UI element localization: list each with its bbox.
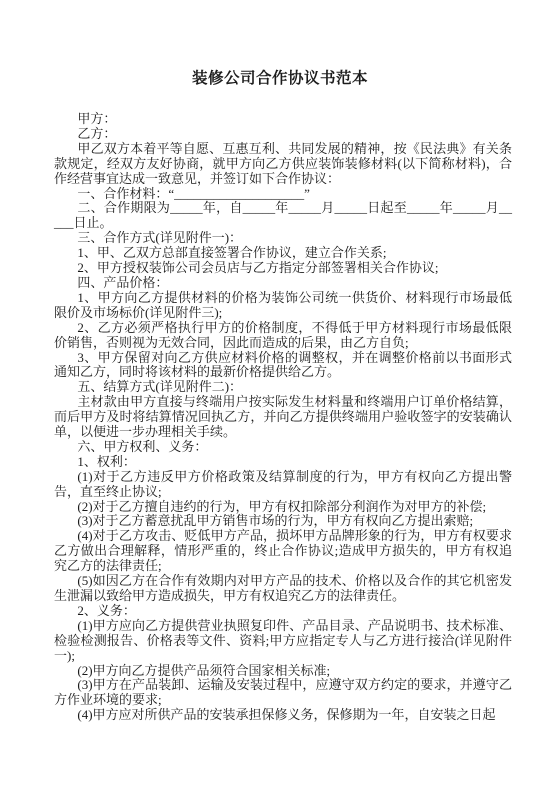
document-paragraph: 六、甲方权利、义务： (54, 440, 512, 455)
document-paragraph: (3)对于乙方蓄意扰乱甲方销售市场的行为，甲方有权向乙方提出索赔; (54, 514, 512, 529)
document-paragraph: 2、甲方授权装饰公司会员店与乙方指定分部签署相关合作协议; (54, 261, 512, 276)
document-paragraph: (1)对于乙方违反甲方价格政策及结算制度的行为，甲方有权向乙方提出警告，直至终止… (54, 470, 512, 500)
document-paragraph: (4)甲方应对所供产品的安装承担保修义务，保修期为一年，自安装之日起 (54, 708, 512, 723)
document-paragraph: (1)甲方应向乙方提供营业执照复印件、产品目录、产品说明书、技术标准、检验检测报… (54, 619, 512, 664)
document-paragraph: 3、甲方保留对向乙方供应材料价格的调整权，并在调整价格前以书面形式通知乙方，同时… (54, 351, 512, 381)
document-paragraph: (2)甲方向乙方提供产品须符合国家相关标准; (54, 664, 512, 679)
document-paragraph: 甲方： (54, 112, 512, 127)
document-title: 装修公司合作协议书范本 (0, 0, 560, 88)
document-paragraph: 五、结算方式(详见附件二)： (54, 380, 512, 395)
document-paragraph: 四、产品价格： (54, 276, 512, 291)
document-paragraph: 乙方： (54, 127, 512, 142)
document-paragraph: 主材款由甲方直接与终端用户按实际发生材料量和终端用户订单价格结算，而后甲方及时将… (54, 395, 512, 440)
document-paragraph: 1、甲、乙双方总部直接签署合作协议，建立合作关系; (54, 246, 512, 261)
document-paragraph: 2、乙方必须严格执行甲方的价格制度，不得低于甲方材料现行市场最低限价销售，否则视… (54, 321, 512, 351)
document-paragraph: (2)对于乙方擅自违约的行为，甲方有权扣除部分利润作为对甲方的补偿; (54, 500, 512, 515)
document-paragraph: 1、甲方向乙方提供材料的价格为装饰公司统一供货价、材料现行市场最低限价及市场标价… (54, 291, 512, 321)
document-paragraph: 二、合作期限为_____年，自_____年_____月_____日起至_____… (54, 201, 512, 231)
document-paragraph: (4)对于乙方攻击、贬低甲方产品，损坏甲方品牌形象的行为，甲方有权要求乙方做出合… (54, 529, 512, 574)
document-body: 甲方：乙方：甲乙双方本着平等自愿、互惠互利、共同发展的精神，按《民法典》有关条款… (54, 112, 512, 723)
document-paragraph: 三、合作方式(详见附件一)： (54, 231, 512, 246)
document-page: 装修公司合作协议书范本 甲方：乙方：甲乙双方本着平等自愿、互惠互利、共同发展的精… (0, 0, 560, 792)
document-paragraph: 一、合作材料：“____________________” (54, 187, 512, 202)
document-paragraph: (3)甲方在产品装卸、运输及安装过程中，应遵守双方约定的要求，并遵守乙方作业环境… (54, 678, 512, 708)
document-paragraph: 2、义务： (54, 604, 512, 619)
document-paragraph: (5)如因乙方在合作有效期内对甲方产品的技术、价格以及合作的其它机密发生泄漏以致… (54, 574, 512, 604)
document-paragraph: 甲乙双方本着平等自愿、互惠互利、共同发展的精神，按《民法典》有关条款规定，经双方… (54, 142, 512, 187)
document-paragraph: 1、权利： (54, 455, 512, 470)
